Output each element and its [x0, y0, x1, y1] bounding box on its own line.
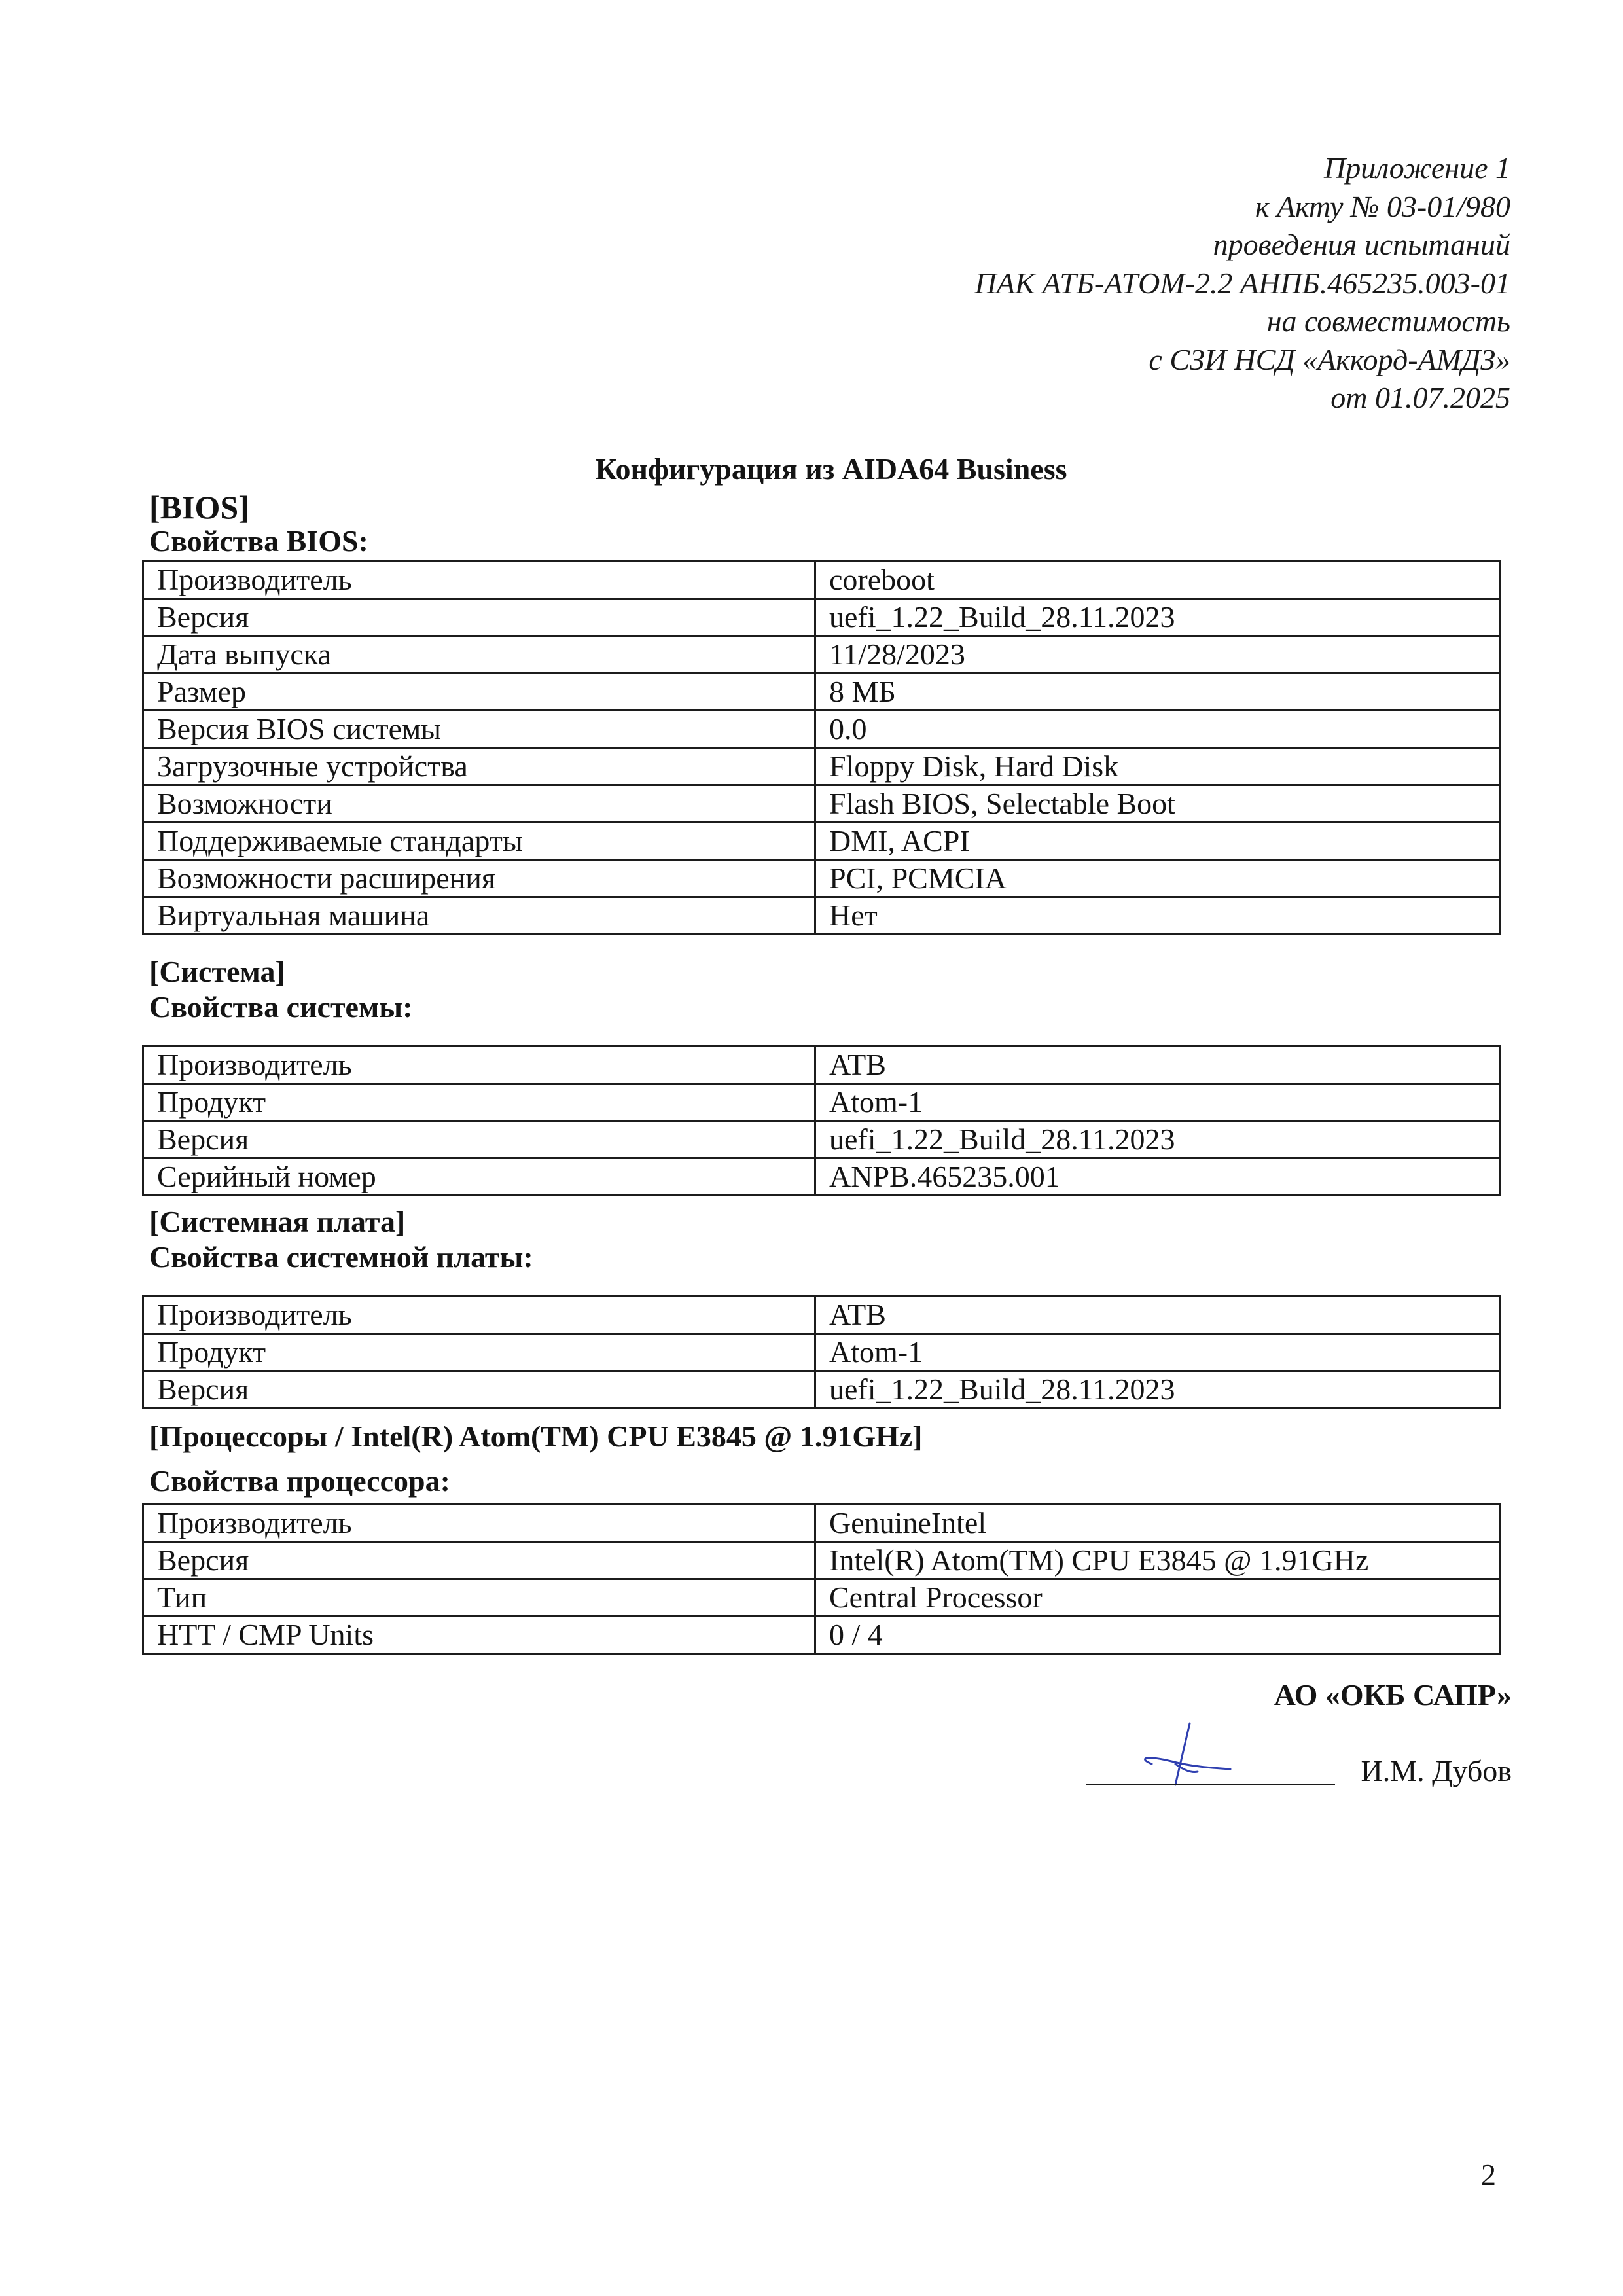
table-row: ВерсияIntel(R) Atom(TM) CPU E3845 @ 1.91… — [143, 1542, 1500, 1579]
table-row: Загрузочные устройстваFloppy Disk, Hard … — [143, 748, 1500, 785]
table-row: Производительcoreboot — [143, 562, 1500, 599]
table-row: Размер8 МБ — [143, 673, 1500, 711]
table-row: Версияuefi_1.22_Build_28.11.2023 — [143, 1371, 1500, 1408]
table-row: ПроизводительGenuineIntel — [143, 1505, 1500, 1542]
property-value: GenuineIntel — [815, 1505, 1500, 1542]
property-name: Продукт — [143, 1334, 815, 1371]
property-value: uefi_1.22_Build_28.11.2023 — [815, 1371, 1500, 1408]
property-name: Дата выпуска — [143, 636, 815, 673]
motherboard-properties-table: ПроизводительATBПродуктAtom-1Версияuefi_… — [142, 1295, 1501, 1409]
annex-line: на совместимость — [974, 302, 1510, 341]
property-name: Версия BIOS системы — [143, 711, 815, 748]
property-value: 8 МБ — [815, 673, 1500, 711]
table-row: Дата выпуска11/28/2023 — [143, 636, 1500, 673]
property-name: Тип — [143, 1579, 815, 1617]
bios-properties-table: ПроизводительcorebootВерсияuefi_1.22_Bui… — [142, 560, 1501, 935]
property-value: PCI, PCMCIA — [815, 860, 1500, 897]
processor-properties-table: ПроизводительGenuineIntelВерсияIntel(R) … — [142, 1503, 1501, 1655]
section-heading-processors: [Процессоры / Intel(R) Atom(TM) CPU E384… — [149, 1419, 923, 1454]
section-heading-bios: [BIOS] — [149, 490, 249, 525]
handwritten-signature-icon — [1113, 1718, 1270, 1790]
property-name: Серийный номер — [143, 1158, 815, 1196]
table-row: HTT / CMP Units0 / 4 — [143, 1617, 1500, 1654]
company-name: АО «ОКБ САПР» — [1274, 1677, 1512, 1713]
property-name: Поддерживаемые стандарты — [143, 823, 815, 860]
property-name: Версия — [143, 599, 815, 636]
table-row: Серийный номерANPB.465235.001 — [143, 1158, 1500, 1196]
property-value: Floppy Disk, Hard Disk — [815, 748, 1500, 785]
property-value: Central Processor — [815, 1579, 1500, 1617]
section-subheading-processors: Свойства процессора: — [149, 1463, 450, 1499]
property-name: Производитель — [143, 562, 815, 599]
property-value: 0.0 — [815, 711, 1500, 748]
table-row: Версияuefi_1.22_Build_28.11.2023 — [143, 1121, 1500, 1158]
property-value: coreboot — [815, 562, 1500, 599]
property-name: Версия — [143, 1542, 815, 1579]
system-properties-table: ПроизводительATBПродуктAtom-1Версияuefi_… — [142, 1045, 1501, 1196]
section-subheading-bios: Свойства BIOS: — [149, 524, 368, 559]
property-name: Версия — [143, 1121, 815, 1158]
property-value: uefi_1.22_Build_28.11.2023 — [815, 599, 1500, 636]
signature-line — [1086, 1784, 1335, 1785]
property-value: Flash BIOS, Selectable Boot — [815, 785, 1500, 823]
table-row: Версияuefi_1.22_Build_28.11.2023 — [143, 599, 1500, 636]
table-row: Поддерживаемые стандартыDMI, ACPI — [143, 823, 1500, 860]
property-name: Версия — [143, 1371, 815, 1408]
property-value: 11/28/2023 — [815, 636, 1500, 673]
property-value: ATB — [815, 1297, 1500, 1334]
property-name: Виртуальная машина — [143, 897, 815, 935]
property-value: DMI, ACPI — [815, 823, 1500, 860]
annex-line: ПАК АТБ-АТОМ-2.2 АНПБ.465235.003-01 — [974, 264, 1510, 303]
table-row: Возможности расширенияPCI, PCMCIA — [143, 860, 1500, 897]
annex-line: с СЗИ НСД «Аккорд-АМДЗ» — [974, 341, 1510, 380]
table-row: Виртуальная машинаНет — [143, 897, 1500, 935]
property-name: Загрузочные устройства — [143, 748, 815, 785]
property-value: uefi_1.22_Build_28.11.2023 — [815, 1121, 1500, 1158]
page-number: 2 — [1481, 2157, 1496, 2193]
property-value: Atom-1 — [815, 1084, 1500, 1121]
property-name: Производитель — [143, 1297, 815, 1334]
property-name: Продукт — [143, 1084, 815, 1121]
property-name: Возможности расширения — [143, 860, 815, 897]
property-name: HTT / CMP Units — [143, 1617, 815, 1654]
table-row: Версия BIOS системы0.0 — [143, 711, 1500, 748]
property-value: Atom-1 — [815, 1334, 1500, 1371]
section-subheading-motherboard: Свойства системной платы: — [149, 1240, 533, 1275]
property-name: Производитель — [143, 1505, 815, 1542]
section-heading-motherboard: [Системная плата] — [149, 1204, 405, 1240]
signer-name: И.М. Дубов — [1361, 1753, 1512, 1789]
table-row: ВозможностиFlash BIOS, Selectable Boot — [143, 785, 1500, 823]
property-name: Производитель — [143, 1047, 815, 1084]
annex-line: проведения испытаний — [974, 226, 1510, 264]
property-value: Intel(R) Atom(TM) CPU E3845 @ 1.91GHz — [815, 1542, 1500, 1579]
section-heading-system: [Система] — [149, 954, 285, 990]
table-row: ТипCentral Processor — [143, 1579, 1500, 1617]
property-value: ATB — [815, 1047, 1500, 1084]
table-row: ПродуктAtom-1 — [143, 1334, 1500, 1371]
table-row: ПроизводительATB — [143, 1297, 1500, 1334]
property-value: ANPB.465235.001 — [815, 1158, 1500, 1196]
property-value: 0 / 4 — [815, 1617, 1500, 1654]
annex-line: Приложение 1 — [974, 149, 1510, 188]
signature-stroke — [1145, 1723, 1230, 1785]
table-row: ПроизводительATB — [143, 1047, 1500, 1084]
annex-line: к Акту № 03-01/980 — [974, 188, 1510, 226]
property-name: Возможности — [143, 785, 815, 823]
document-title-text: Конфигурация из AIDA64 Business — [595, 452, 1067, 486]
property-name: Размер — [143, 673, 815, 711]
annex-header: Приложение 1 к Акту № 03-01/980 проведен… — [974, 149, 1510, 418]
annex-line: от 01.07.2025 — [974, 379, 1510, 418]
section-subheading-system: Свойства системы: — [149, 990, 413, 1025]
property-value: Нет — [815, 897, 1500, 935]
table-row: ПродуктAtom-1 — [143, 1084, 1500, 1121]
document-title: Конфигурация из AIDA64 Business — [0, 452, 1623, 487]
